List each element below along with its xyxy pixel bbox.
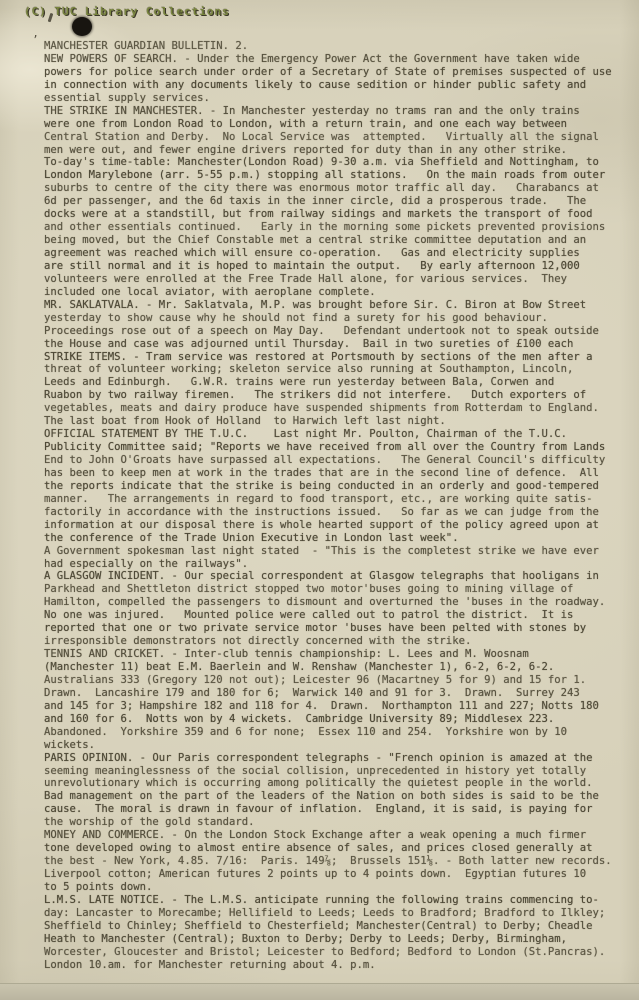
text-line: information at our disposal there is who… — [44, 519, 612, 532]
text-line: STRIKE ITEMS. - Tram service was restore… — [44, 351, 612, 364]
text-line: tone developed owing to almost entire ab… — [44, 842, 612, 855]
section-strike-in-manchester: THE STRIKE IN MANCHESTER. - In Mancheste… — [44, 105, 612, 299]
text-line: 6d per passenger, and the 6d taxis in th… — [44, 195, 612, 208]
text-line: day: Lancaster to Morecambe; Hellifield … — [44, 907, 612, 920]
text-line: Abandoned. Yorkshire 359 and 6 for none;… — [44, 726, 612, 739]
text-line: had especially on the railways". — [44, 558, 612, 571]
text-line: threat of volunteer working; skeleton se… — [44, 363, 612, 376]
text-line: Liverpool cotton; American futures 2 poi… — [44, 868, 612, 881]
text-line: MANCHESTER GUARDIAN BULLETIN. 2. — [44, 40, 612, 53]
text-line: are still normal and it is hoped to main… — [44, 260, 612, 273]
section-paris-opinion: PARIS OPINION. - Our Paris correspondent… — [44, 752, 612, 830]
text-line: Parkhead and Shettleton district stopped… — [44, 583, 612, 596]
text-line: A Government spokesman last night stated… — [44, 545, 612, 558]
text-line: MR. SAKLATVALA. - Mr. Saklatvala, M.P. w… — [44, 299, 612, 312]
section-government-spokesman: A Government spokesman last night stated… — [44, 545, 612, 571]
text-line: Worcester, Gloucester and Bristol; Leice… — [44, 946, 612, 959]
text-line: A GLASGOW INCIDENT. - Our special corres… — [44, 570, 612, 583]
text-line: the best - New York, 4.85. 7/16: Paris. … — [44, 855, 612, 868]
text-line: suburbs to centre of the city there was … — [44, 182, 612, 195]
scanned-document-page: (C) TUC Library Collections ’ MANCHESTER… — [0, 0, 639, 1000]
page-bottom-edge — [0, 983, 639, 1000]
section-mr-saklatvala: MR. SAKLATVALA. - Mr. Saklatvala, M.P. w… — [44, 299, 612, 351]
text-line: the worship of the gold standard. — [44, 816, 612, 829]
text-line: Hamilton, compelled the passengers to di… — [44, 596, 612, 609]
section-strike-items: STRIKE ITEMS. - Tram service was restore… — [44, 351, 612, 429]
text-line: vegetables, meats and dairy produce have… — [44, 402, 612, 415]
text-line: unrevolutionary which is occurring among… — [44, 777, 612, 790]
text-line: volunteers were enrolled at the Free Tra… — [44, 273, 612, 286]
text-line: has been to keep men at work in the trad… — [44, 467, 612, 480]
text-line: (Manchester 11) beat E.M. Baerlein and W… — [44, 661, 612, 674]
text-line: manner. The arrangements in regard to fo… — [44, 493, 612, 506]
section-title: MANCHESTER GUARDIAN BULLETIN. 2. — [44, 40, 612, 53]
text-line: TENNIS AND CRICKET. - Inter-club tennis … — [44, 648, 612, 661]
text-line: London Marylebone (arr. 5-55 p.m.) stopp… — [44, 169, 612, 182]
text-line: Heath to Manchester (Central); Buxton to… — [44, 933, 612, 946]
copyright-watermark: (C) TUC Library Collections — [24, 5, 230, 18]
text-line: OFFICIAL STATEMENT BY THE T.U.C. Last ni… — [44, 428, 612, 441]
text-line: Sheffield to Chinley; Sheffield to Chest… — [44, 920, 612, 933]
text-line: docks were at a standstill, but from rai… — [44, 208, 612, 221]
text-line: yesterday to show cause why he should no… — [44, 312, 612, 325]
section-money-and-commerce: MONEY AND COMMERCE. - On the London Stoc… — [44, 829, 612, 894]
text-line: the reports indicate that the strike is … — [44, 480, 612, 493]
text-line: L.M.S. LATE NOTICE. - The L.M.S. anticip… — [44, 894, 612, 907]
text-line: the House and case was adjourned until T… — [44, 338, 612, 351]
text-line: The last boat from Hook of Holland to Ha… — [44, 415, 612, 428]
text-line: Central Station and Derby. No Local Serv… — [44, 131, 612, 144]
text-line: Australians 333 (Gregory 120 not out); L… — [44, 674, 612, 687]
text-line: Ruabon by two railway firemen. The strik… — [44, 389, 612, 402]
text-line: No one was injured. Mounted police were … — [44, 609, 612, 622]
text-line: To-day's time-table: Manchester(London R… — [44, 156, 612, 169]
text-line: Leeds and Edinburgh. G.W.R. trains were … — [44, 376, 612, 389]
section-lms-late-notice: L.M.S. LATE NOTICE. - The L.M.S. anticip… — [44, 894, 612, 972]
text-line: were one from London Road to London, wit… — [44, 118, 612, 131]
section-glasgow-incident: A GLASGOW INCIDENT. - Our special corres… — [44, 570, 612, 648]
text-line: factorily in accordance with the instruc… — [44, 506, 612, 519]
text-line: Publicity Committee said; "Reports we ha… — [44, 441, 612, 454]
text-line: powers for police search under order of … — [44, 66, 612, 79]
text-line: and 145 for 3; Hampshire 182 and 118 for… — [44, 700, 612, 713]
text-line: and 160 for 6. Notts won by 4 wickets. C… — [44, 713, 612, 726]
text-line: essential supply services. — [44, 92, 612, 105]
text-line: irresponsible demonstrators not directly… — [44, 635, 612, 648]
margin-tick-mark: ’ — [32, 33, 39, 46]
text-line: the conference of the Trade Union Execut… — [44, 532, 612, 545]
text-line: included one local aviator, with aeropla… — [44, 286, 612, 299]
punch-hole — [72, 17, 92, 36]
section-tennis-and-cricket: TENNIS AND CRICKET. - Inter-club tennis … — [44, 648, 612, 752]
text-line: cause. The moral is drawn in favour of i… — [44, 803, 612, 816]
text-line: MONEY AND COMMERCE. - On the London Stoc… — [44, 829, 612, 842]
section-official-statement-tuc: OFFICIAL STATEMENT BY THE T.U.C. Last ni… — [44, 428, 612, 544]
section-new-powers-of-search: NEW POWERS OF SEARCH. - Under the Emerge… — [44, 53, 612, 105]
text-line: agreement was reached which will ensure … — [44, 247, 612, 260]
text-line: Drawn. Lancashire 179 and 180 for 6; War… — [44, 687, 612, 700]
text-line: NEW POWERS OF SEARCH. - Under the Emerge… — [44, 53, 612, 66]
text-line: to 5 points down. — [44, 881, 612, 894]
text-line: wickets. — [44, 739, 612, 752]
text-line: in connection with any documents likely … — [44, 79, 612, 92]
text-line: PARIS OPINION. - Our Paris correspondent… — [44, 752, 612, 765]
text-line: THE STRIKE IN MANCHESTER. - In Mancheste… — [44, 105, 612, 118]
text-line: being moved, but the Chief Constable met… — [44, 234, 612, 247]
text-line: and other essentials continued. Early in… — [44, 221, 612, 234]
text-line: Proceedings rose out of a speech on May … — [44, 325, 612, 338]
text-line: London 10.am. for Manchester returning a… — [44, 959, 612, 972]
text-line: Bad management on the part of the leader… — [44, 790, 612, 803]
text-line: men were out, and fewer engine drivers r… — [44, 144, 612, 157]
document-text: MANCHESTER GUARDIAN BULLETIN. 2.NEW POWE… — [44, 40, 612, 972]
text-line: reported that one or two private service… — [44, 622, 612, 635]
text-line: seeming meaninglessness of the social co… — [44, 765, 612, 778]
text-line: End to John O'Groats have surpassed all … — [44, 454, 612, 467]
